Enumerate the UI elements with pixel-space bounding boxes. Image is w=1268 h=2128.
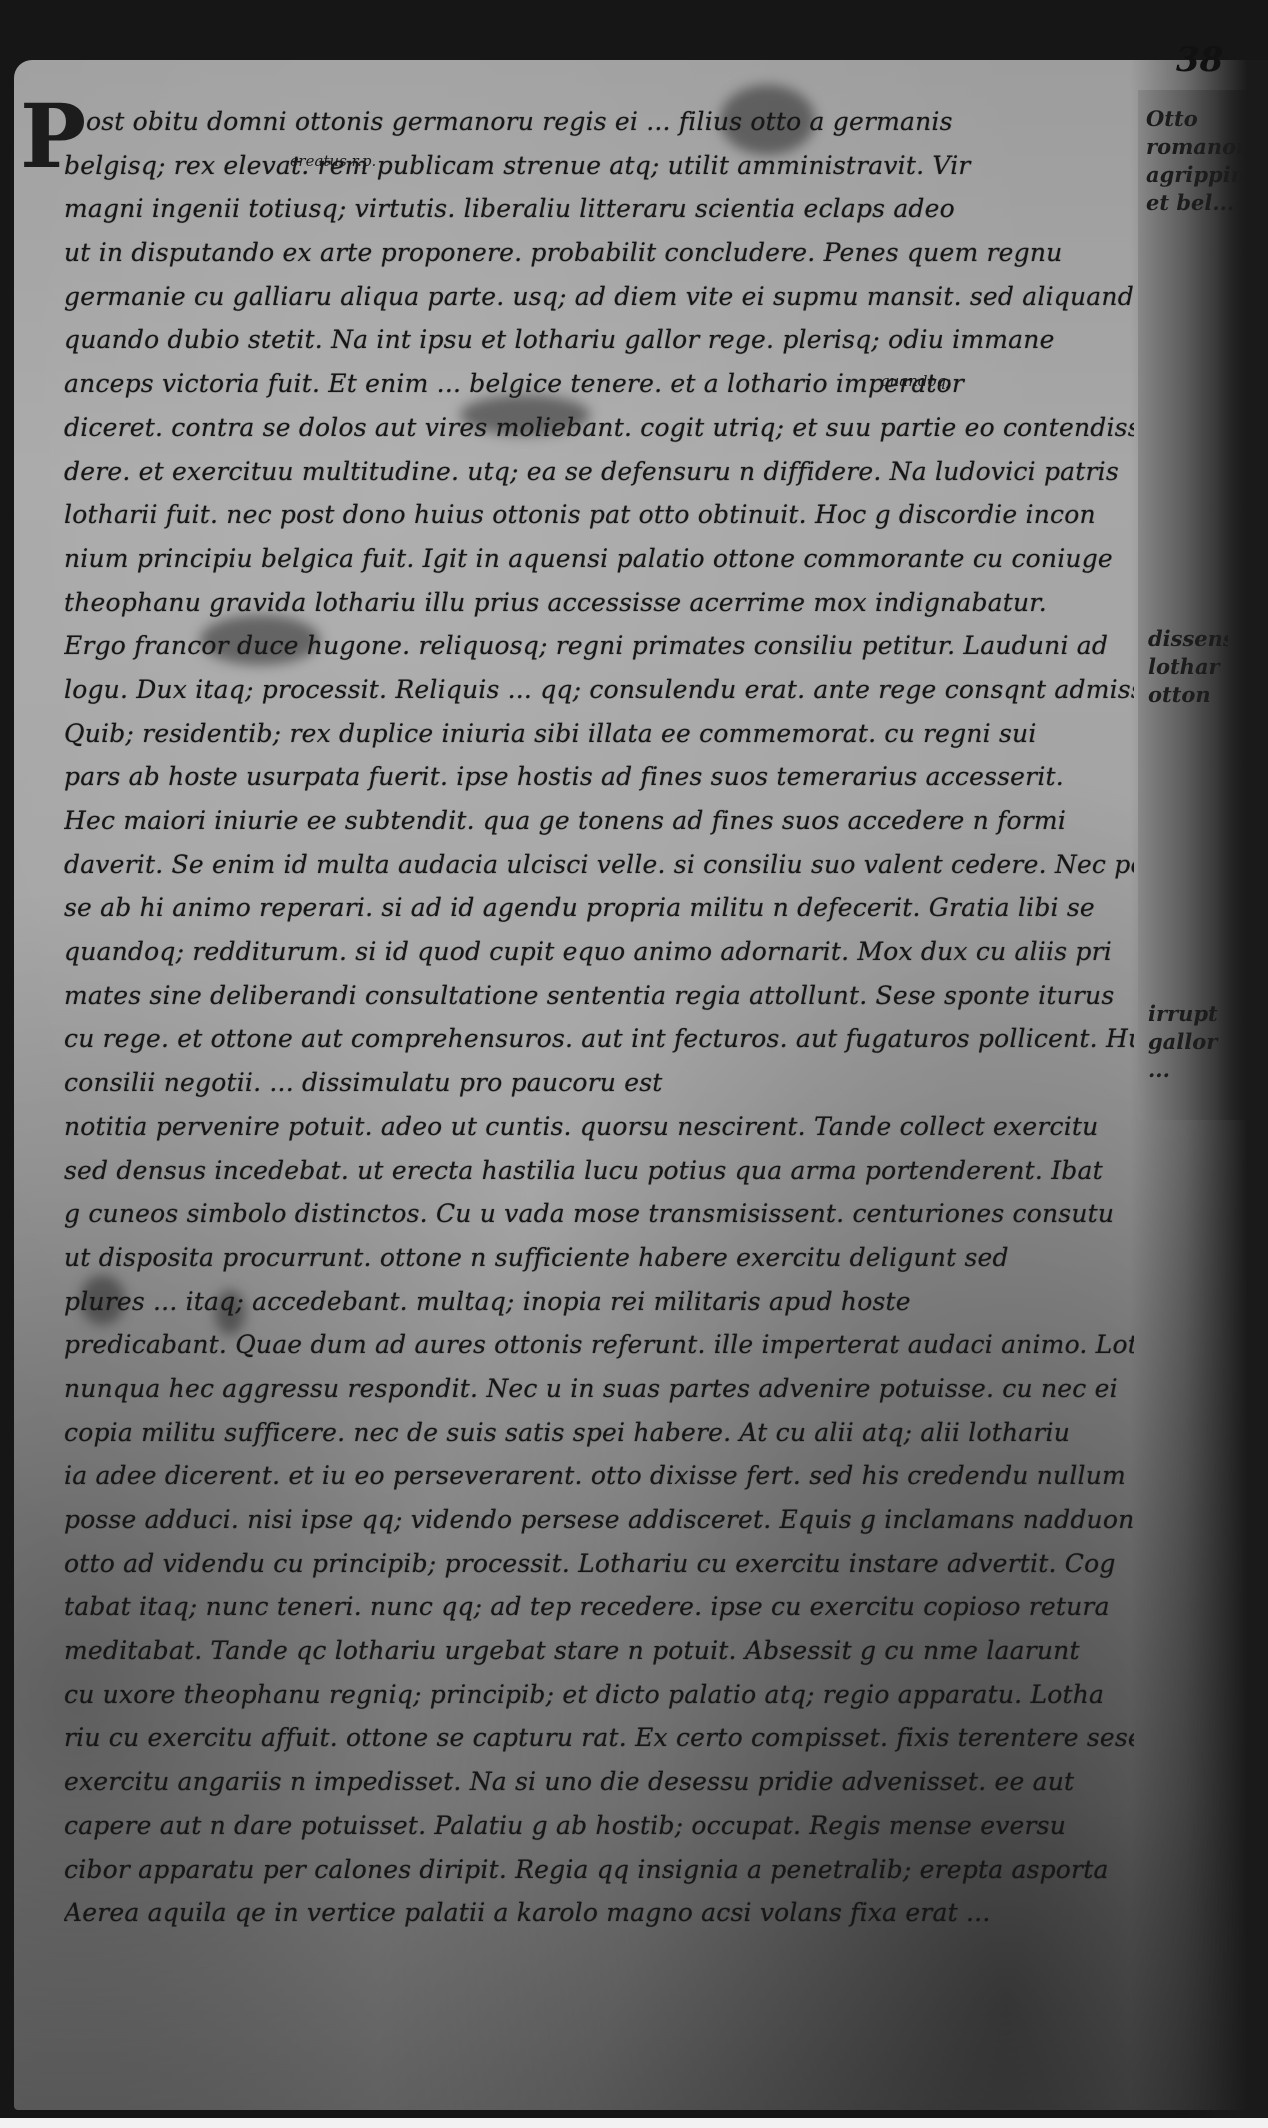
manuscript-line: sed densus incedebat. ut erecta hastilia… — [64, 1149, 1134, 1193]
manuscript-line: anceps victoria fuit. Et enim ... belgic… — [64, 362, 1134, 406]
manuscript-line: dere. et exercituu multitudine. utq; ea … — [64, 450, 1134, 494]
manuscript-line: daverit. Se enim id multa audacia ulcisc… — [64, 843, 1134, 887]
manuscript-line: quando dubio stetit. Na int ipsu et loth… — [64, 318, 1134, 362]
manuscript-line: diceret. contra se dolos aut vires molie… — [64, 406, 1134, 450]
manuscript-line: cibor apparatu per calones diripit. Regi… — [64, 1848, 1134, 1892]
manuscript-line: exercitu angariis n impedisset. Na si un… — [64, 1760, 1134, 1804]
marginal-note-line: ... — [1148, 1056, 1238, 1084]
manuscript-line: capere aut n dare potuisset. Palatiu g a… — [64, 1804, 1134, 1848]
marginal-note-line: agrippini — [1146, 161, 1246, 189]
manuscript-line: Aerea aquila qe in vertice palatii a kar… — [64, 1891, 1134, 1935]
photo-bottom-edge — [0, 2118, 1268, 2128]
marginal-note-line: gallor — [1148, 1028, 1238, 1056]
manuscript-line: cu rege. et ottone aut comprehensuros. a… — [64, 1017, 1134, 1061]
marginal-note: irrupt gallor ... — [1148, 1000, 1238, 1084]
main-text-column: ost obitu domni ottonis germanoru regis … — [64, 100, 1134, 1979]
manuscript-line: logu. Dux itaq; processit. Reliquis ... … — [64, 668, 1134, 712]
manuscript-line: meditabat. Tande qc lothariu urgebat sta… — [64, 1629, 1134, 1673]
manuscript-line: copia militu sufficere. nec de suis sati… — [64, 1411, 1134, 1455]
manuscript-line: plures ... itaq; accedebant. multaq; ino… — [64, 1280, 1134, 1324]
manuscript-line: ut in disputando ex arte proponere. prob… — [64, 231, 1134, 275]
manuscript-line: posse adduci. nisi ipse qq; videndo pers… — [64, 1498, 1134, 1542]
manuscript-line: ut disposita procurrunt. ottone n suffic… — [64, 1236, 1134, 1280]
manuscript-line: g cuneos simbolo distinctos. Cu u vada m… — [64, 1192, 1134, 1236]
manuscript-line: belgisq; rex elevat. rem publicam strenu… — [64, 144, 1134, 188]
manuscript-line: Ergo francor duce hugone. reliquosq; reg… — [64, 624, 1134, 668]
manuscript-line: mates sine deliberandi consultatione sen… — [64, 974, 1134, 1018]
manuscript-line — [64, 1935, 1134, 1979]
marginal-note-line: et bel... — [1146, 189, 1246, 217]
manuscript-line: se ab hi animo reperari. si ad id agendu… — [64, 886, 1134, 930]
manuscript-line: otto ad videndu cu principib; processit.… — [64, 1542, 1134, 1586]
manuscript-line: Quib; residentib; rex duplice iniuria si… — [64, 712, 1134, 756]
manuscript-line: nunqua hec aggressu respondit. Nec u in … — [64, 1367, 1134, 1411]
gutter-shadow — [1130, 60, 1268, 2118]
manuscript-line: riu cu exercitu affuit. ottone se captur… — [64, 1716, 1134, 1760]
manuscript-line: predicabant. Quae dum ad aures ottonis r… — [64, 1323, 1134, 1367]
manuscript-line: tabat itaq; nunc teneri. nunc qq; ad tep… — [64, 1585, 1134, 1629]
manuscript-line: ost obitu domni ottonis germanoru regis … — [64, 100, 1134, 144]
marginal-note: Otto romanor agrippini et bel... — [1146, 105, 1246, 217]
manuscript-line: magni ingenii totiusq; virtutis. liberal… — [64, 187, 1134, 231]
marginal-note: dissens lothar otton — [1148, 625, 1228, 709]
marginal-note-line: Otto — [1146, 105, 1246, 133]
manuscript-line: pars ab hoste usurpata fuerit. ipse host… — [64, 755, 1134, 799]
manuscript-line: nium principiu belgica fuit. Igit in aqu… — [64, 537, 1134, 581]
manuscript-line: germanie cu galliaru aliqua parte. usq; … — [64, 275, 1134, 319]
marginal-note-line: dissens — [1148, 625, 1228, 653]
manuscript-line: consilii negotii. ... dissimulatu pro pa… — [64, 1061, 1134, 1105]
marginal-note-line: otton — [1148, 681, 1228, 709]
manuscript-line: theophanu gravida lothariu illu prius ac… — [64, 581, 1134, 625]
manuscript-line: Hec maiori iniurie ee subtendit. qua ge … — [64, 799, 1134, 843]
marginal-note-line: lothar — [1148, 653, 1228, 681]
manuscript-line: notitia pervenire potuit. adeo ut cuntis… — [64, 1105, 1134, 1149]
marginal-note-line: romanor — [1146, 133, 1246, 161]
manuscript-line: ia adee dicerent. et iu eo perseverarent… — [64, 1454, 1134, 1498]
marginal-note-line: irrupt — [1148, 1000, 1238, 1028]
manuscript-line: lotharii fuit. nec post dono huius otton… — [64, 493, 1134, 537]
manuscript-line: cu uxore theophanu regniq; principib; et… — [64, 1673, 1134, 1717]
manuscript-line: quandoq; redditurum. si id quod cupit eq… — [64, 930, 1134, 974]
folio-number: 38 — [1176, 40, 1223, 80]
